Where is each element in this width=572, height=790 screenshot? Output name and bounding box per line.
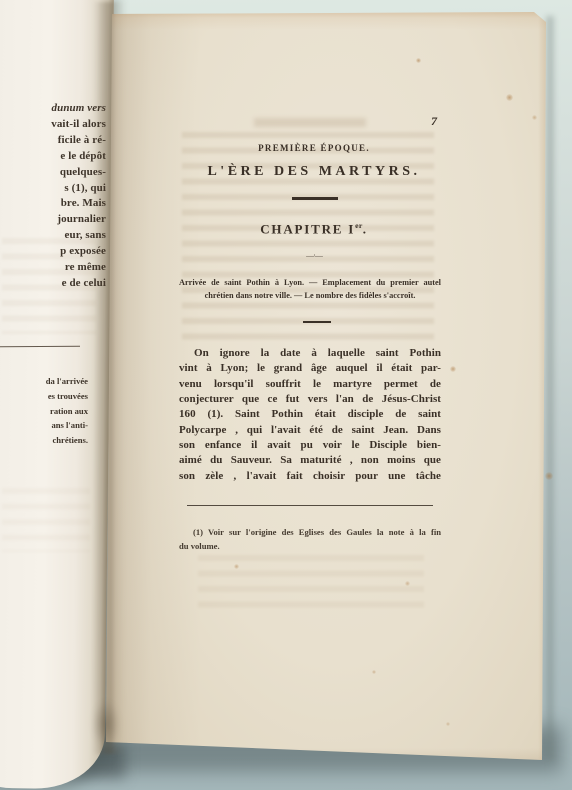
section-rule	[303, 321, 331, 323]
body-line: conjecturer que ce fut vers l'an de Jésu…	[179, 392, 441, 407]
left-text-fragment: s (1), qui	[0, 181, 106, 197]
left-text-fragment: re même	[0, 260, 106, 276]
left-footnote-fragments: da l'arrivée es trouvées ration aux ans …	[0, 374, 88, 448]
chapter-heading: CHAPITRE Ier.	[179, 221, 441, 237]
footnote-line: du volume.	[179, 540, 441, 554]
left-text-fragment: bre. Mais	[0, 196, 106, 212]
left-text-fragment: e le dépôt	[0, 149, 106, 165]
left-footnote-fragment: chrétiens.	[0, 433, 88, 448]
body-paragraph: On ignore la date à laquelle saint Pothi…	[179, 346, 441, 484]
chapter-heading-period: .	[363, 221, 368, 236]
left-text-fragment: vait-il alors	[0, 117, 106, 133]
footnote: (1) Voir sur l'origine des Eglises des G…	[179, 526, 441, 554]
body-line: son zèle , l'avait fait choisir pour une…	[179, 469, 441, 484]
chapter-summary-line: chrétien dans notre ville. — Le nombre d…	[179, 289, 441, 302]
page-edge-shadow	[546, 16, 554, 760]
left-text-fragment: ficile à ré-	[0, 133, 106, 149]
left-text-fragment: eur, sans	[0, 228, 106, 244]
left-text-fragment: p exposée	[0, 244, 106, 260]
text-block: 7 PREMIÈRE ÉPOQUE. L'ÈRE DES MARTYRS. CH…	[179, 12, 441, 762]
left-footnote-fragment: ration aux	[0, 404, 88, 419]
body-line: son enfance il avait pu voir le Disciple…	[179, 438, 441, 453]
chapter-heading-superscript: er	[355, 221, 363, 230]
left-text-fragment: dunum vers	[0, 101, 106, 117]
left-footnote-fragment: es trouvées	[0, 389, 88, 404]
body-line: Polycarpe , qui l'avait été de saint Jea…	[179, 423, 441, 438]
left-text-fragment: quelques-	[0, 165, 106, 181]
body-line: venu lorsqu'il souffrit le martyre perme…	[179, 377, 441, 392]
footnote-rule	[187, 505, 433, 506]
book-photo: 7 PREMIÈRE ÉPOQUE. L'ÈRE DES MARTYRS. CH…	[0, 0, 572, 790]
body-line: 160 (1). Saint Pothin était disciple de …	[179, 407, 441, 422]
left-footnote-fragment: da l'arrivée	[0, 374, 88, 389]
page-number: 7	[179, 114, 441, 129]
left-text-fragment: journalier	[0, 212, 106, 228]
epoch-heading: PREMIÈRE ÉPOQUE.	[179, 143, 441, 153]
chapter-heading-text: CHAPITRE I	[260, 221, 355, 236]
footnote-line: (1) Voir sur l'origine des Eglises des G…	[179, 526, 441, 540]
left-text-fragment: e de celui	[0, 276, 106, 292]
body-line: On ignore la date à laquelle saint Pothi…	[179, 346, 441, 361]
left-footnote-fragment: ans l'anti-	[0, 418, 88, 433]
left-text-fragments: dunum vers vait-il alors ficile à ré- e …	[0, 101, 106, 292]
body-line: vint à Lyon; le grand âge auquel il étai…	[179, 361, 441, 376]
body-line: aimé du Sauveur. Sa maturité , non moins…	[179, 453, 441, 468]
section-rule	[292, 197, 338, 200]
chapter-summary-line: Arrivée de saint Pothin à Lyon. — Emplac…	[179, 276, 441, 289]
right-page: 7 PREMIÈRE ÉPOQUE. L'ÈRE DES MARTYRS. CH…	[106, 12, 548, 762]
era-heading: L'ÈRE DES MARTYRS.	[179, 164, 441, 180]
chapter-ornament: —·—	[179, 251, 441, 260]
chapter-summary: Arrivée de saint Pothin à Lyon. — Emplac…	[179, 276, 441, 302]
